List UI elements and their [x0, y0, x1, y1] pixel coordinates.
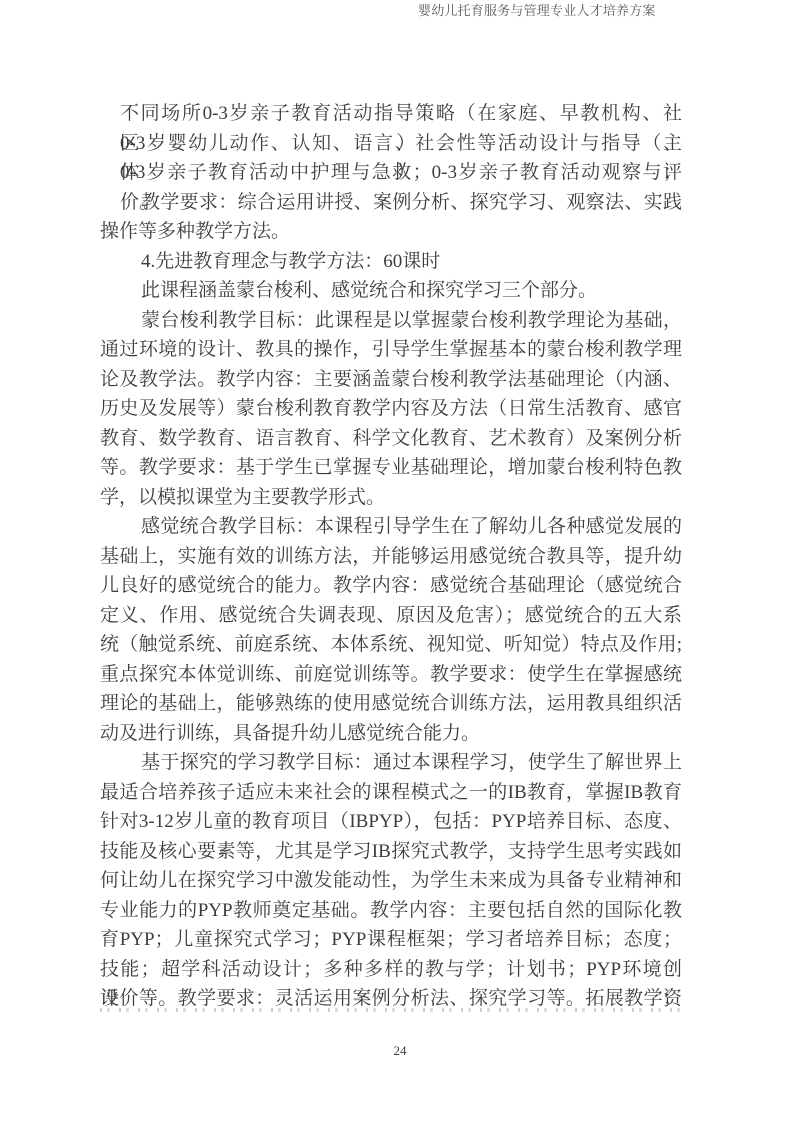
body-text: 不同场所0-3岁亲子教育活动指导策略（在家庭、早教机构、社区）、0-3岁婴幼儿动…	[100, 99, 682, 1014]
page-number: 24	[394, 1043, 407, 1058]
text-line: 教学要求：综合运用讲授、案例分析、探究学习、观察法、实践	[100, 188, 682, 218]
text-line: 最适合培养孩子适应未来社会的课程模式之一的IB教育，掌握IB教育	[100, 778, 682, 808]
text-line: 操作等多种教学方法。	[100, 217, 682, 247]
text-line: 基于探究的学习教学目标：通过本课程学习，使学生了解世界上	[100, 748, 682, 778]
text-line: 通过环境的设计、教具的操作，引导学生掌握基本的蒙台梭利教学理	[100, 335, 682, 365]
text-line: 学，以模拟课堂为主要教学形式。	[100, 483, 682, 513]
text-line: 定义、作用、感觉统合失调表现、原因及危害）；感觉统合的五大系	[100, 601, 682, 631]
text-line: 教育、数学教育、语言教育、科学文化教育、艺术教育）及案例分析	[100, 424, 682, 454]
text-line: 感觉统合教学目标：本课程引导学生在了解幼儿各种感觉发展的	[100, 512, 682, 542]
text-line: 不同场所0-3岁亲子教育活动指导策略（在家庭、早教机构、社区）、	[100, 99, 682, 129]
text-line: 基础上，实施有效的训练方法，并能够运用感觉统合教具等，提升幼	[100, 542, 682, 572]
text-line: 重点探究本体觉训练、前庭觉训练等。教学要求：使学生在掌握感统	[100, 660, 682, 690]
text-line: 技能及核心要素等，尤其是学习IB探究式教学，支持学生思考实践如	[100, 837, 682, 867]
clipped-line-fragment	[100, 1008, 682, 1012]
text-line: 动及进行训练，具备提升幼儿感觉统合能力。	[100, 719, 682, 749]
text-line: 技能；超学科活动设计；多种多样的教与学；计划书；PYP环境创设；	[100, 955, 682, 985]
document-title: 婴幼儿托育服务与管理专业人才培养方案	[418, 3, 656, 18]
page-footer: 24	[0, 1043, 800, 1059]
text-line: 儿良好的感觉统合的能力。教学内容：感觉统合基础理论（感觉统合	[100, 571, 682, 601]
text-line: 4.先进教育理念与教学方法：60课时	[100, 247, 682, 277]
text-line: 统（触觉系统、前庭系统、本体系统、视知觉、听知觉）特点及作用;	[100, 630, 682, 660]
text-line: 育PYP；儿童探究式学习；PYP课程框架；学习者培养目标；态度；	[100, 925, 682, 955]
running-header: 婴幼儿托育服务与管理专业人才培养方案	[418, 3, 718, 18]
text-line: 针对3-12岁儿童的教育项目（IBPYP），包括：PYP培养目标、态度、	[100, 807, 682, 837]
document-page: 婴幼儿托育服务与管理专业人才培养方案 不同场所0-3岁亲子教育活动指导策略（在家…	[0, 0, 800, 1130]
text-line: 理论的基础上，能够熟练的使用感觉统合训练方法，运用教具组织活	[100, 689, 682, 719]
text-line: 论及教学法。教学内容：主要涵盖蒙台梭利教学法基础理论（内涵、	[100, 365, 682, 395]
text-line: 0-3岁亲子教育活动中护理与急救；0-3岁亲子教育活动观察与评价。	[100, 158, 682, 188]
text-line: 等。教学要求：基于学生已掌握专业基础理论，增加蒙台梭利特色教	[100, 453, 682, 483]
text-line: 历史及发展等）蒙台梭利教育教学内容及方法（日常生活教育、感官	[100, 394, 682, 424]
text-line: 此课程涵盖蒙台梭利、感觉统合和探究学习三个部分。	[100, 276, 682, 306]
text-line: 专业能力的PYP教师奠定基础。教学内容：主要包括自然的国际化教	[100, 896, 682, 926]
text-line: 蒙台梭利教学目标：此课程是以掌握蒙台梭利教学理论为基础，	[100, 306, 682, 336]
text-line: 0-3岁婴幼儿动作、认知、语言、社会性等活动设计与指导（主体）；	[100, 129, 682, 159]
text-line: 何让幼儿在探究学习中激发能动性，为学生未来成为具备专业精神和	[100, 866, 682, 896]
